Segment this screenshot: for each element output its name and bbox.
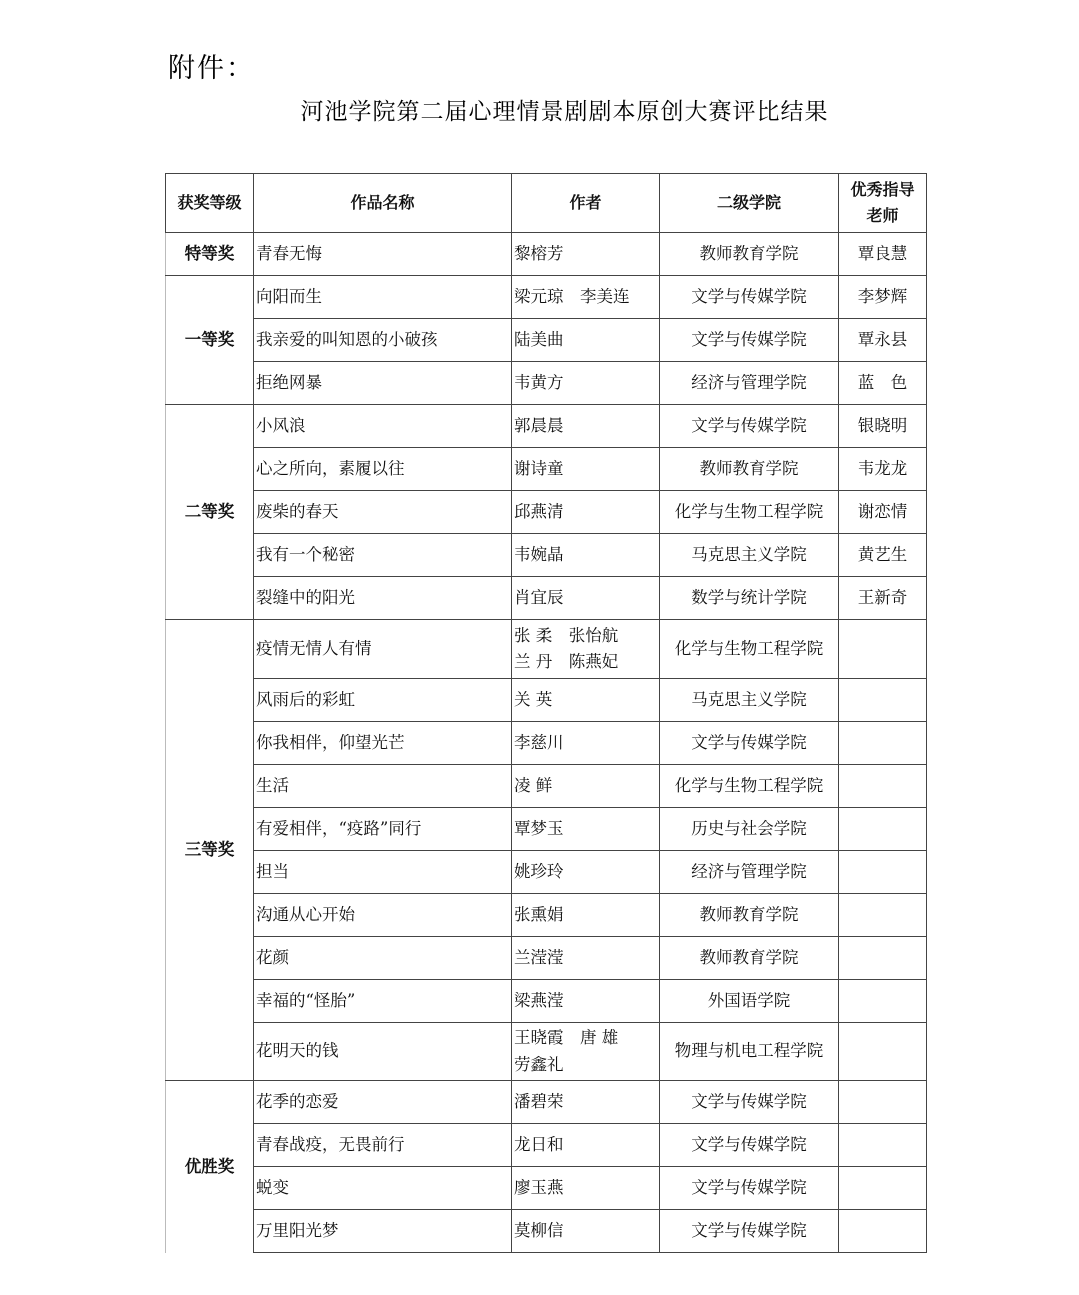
work-author: 张 柔 张怡航 兰 丹 陈燕妃 <box>512 620 660 679</box>
table-row: 蜕变廖玉燕文学与传媒学院 <box>166 1167 927 1210</box>
work-college: 化学与生物工程学院 <box>660 620 839 679</box>
work-title: 幸福的“怪胎” <box>254 980 512 1023</box>
work-title: 蜕变 <box>254 1167 512 1210</box>
table-row: 废柴的春天邱燕清化学与生物工程学院谢恋情 <box>166 491 927 534</box>
work-college: 教师教育学院 <box>660 233 839 276</box>
work-title: 花颜 <box>254 937 512 980</box>
table-row: 特等奖青春无悔黎榕芳教师教育学院覃良慧 <box>166 233 927 276</box>
header-level: 获奖等级 <box>166 174 254 233</box>
work-title: 小风浪 <box>254 405 512 448</box>
attachment-label: 附件： <box>168 46 255 85</box>
work-title: 青春无悔 <box>254 233 512 276</box>
work-college: 文学与传媒学院 <box>660 1210 839 1253</box>
work-advisor <box>839 679 927 722</box>
header-advisor: 优秀指导老师 <box>839 174 927 233</box>
work-college: 文学与传媒学院 <box>660 319 839 362</box>
work-college: 马克思主义学院 <box>660 534 839 577</box>
work-author: 廖玉燕 <box>512 1167 660 1210</box>
header-author: 作者 <box>512 174 660 233</box>
work-advisor: 银晓明 <box>839 405 927 448</box>
table-row: 青春战疫，无畏前行龙日和文学与传媒学院 <box>166 1124 927 1167</box>
table-row: 有爱相伴，“疫路”同行覃梦玉历史与社会学院 <box>166 808 927 851</box>
award-level: 二等奖 <box>166 405 254 620</box>
work-advisor: 王新奇 <box>839 577 927 620</box>
work-college: 文学与传媒学院 <box>660 1167 839 1210</box>
work-title: 我有一个秘密 <box>254 534 512 577</box>
table-row: 我亲爱的叫知恩的小破孩陆美曲文学与传媒学院覃永县 <box>166 319 927 362</box>
table-row: 心之所向，素履以往谢诗童教师教育学院韦龙龙 <box>166 448 927 491</box>
table-row: 花颜兰滢滢教师教育学院 <box>166 937 927 980</box>
award-level: 优胜奖 <box>166 1081 254 1253</box>
header-college: 二级学院 <box>660 174 839 233</box>
work-author: 李慈川 <box>512 722 660 765</box>
work-advisor <box>839 765 927 808</box>
work-author: 谢诗童 <box>512 448 660 491</box>
work-author: 梁元琼 李美连 <box>512 276 660 319</box>
work-college: 数学与统计学院 <box>660 577 839 620</box>
table-row: 我有一个秘密韦婉晶马克思主义学院黄艺生 <box>166 534 927 577</box>
work-author: 关 英 <box>512 679 660 722</box>
work-advisor: 覃良慧 <box>839 233 927 276</box>
work-advisor <box>839 808 927 851</box>
award-level: 一等奖 <box>166 276 254 405</box>
work-author: 莫柳信 <box>512 1210 660 1253</box>
table-row: 拒绝网暴韦黄方经济与管理学院蓝 色 <box>166 362 927 405</box>
work-advisor: 黄艺生 <box>839 534 927 577</box>
work-author: 肖宜辰 <box>512 577 660 620</box>
work-advisor <box>839 894 927 937</box>
work-title: 我亲爱的叫知恩的小破孩 <box>254 319 512 362</box>
work-advisor: 李梦辉 <box>839 276 927 319</box>
work-advisor <box>839 851 927 894</box>
work-author: 覃梦玉 <box>512 808 660 851</box>
work-advisor: 谢恋情 <box>839 491 927 534</box>
table-row: 三等奖疫情无情人有情张 柔 张怡航 兰 丹 陈燕妃化学与生物工程学院 <box>166 620 927 679</box>
work-title: 向阳而生 <box>254 276 512 319</box>
work-title: 花明天的钱 <box>254 1023 512 1081</box>
work-title: 沟通从心开始 <box>254 894 512 937</box>
work-college: 教师教育学院 <box>660 894 839 937</box>
work-college: 化学与生物工程学院 <box>660 765 839 808</box>
work-title: 裂缝中的阳光 <box>254 577 512 620</box>
table-row: 担当姚珍玲经济与管理学院 <box>166 851 927 894</box>
work-author: 张熏娟 <box>512 894 660 937</box>
work-author: 龙日和 <box>512 1124 660 1167</box>
work-college: 物理与机电工程学院 <box>660 1023 839 1081</box>
table-row: 一等奖向阳而生梁元琼 李美连文学与传媒学院李梦辉 <box>166 276 927 319</box>
work-college: 文学与传媒学院 <box>660 276 839 319</box>
award-level: 三等奖 <box>166 620 254 1081</box>
work-college: 文学与传媒学院 <box>660 722 839 765</box>
header-title: 作品名称 <box>254 174 512 233</box>
work-college: 马克思主义学院 <box>660 679 839 722</box>
work-title: 担当 <box>254 851 512 894</box>
table-row: 你我相伴，仰望光芒李慈川文学与传媒学院 <box>166 722 927 765</box>
table-header-row: 获奖等级 作品名称 作者 二级学院 优秀指导老师 <box>166 174 927 233</box>
work-title: 废柴的春天 <box>254 491 512 534</box>
results-table: 获奖等级 作品名称 作者 二级学院 优秀指导老师 特等奖青春无悔黎榕芳教师教育学… <box>165 173 927 1253</box>
work-college: 教师教育学院 <box>660 937 839 980</box>
work-author: 邱燕清 <box>512 491 660 534</box>
work-advisor <box>839 980 927 1023</box>
table-row: 风雨后的彩虹关 英马克思主义学院 <box>166 679 927 722</box>
table-row: 生活凌 鲜化学与生物工程学院 <box>166 765 927 808</box>
work-author: 兰滢滢 <box>512 937 660 980</box>
work-author: 黎榕芳 <box>512 233 660 276</box>
work-title: 花季的恋爱 <box>254 1081 512 1124</box>
table-row: 万里阳光梦莫柳信文学与传媒学院 <box>166 1210 927 1253</box>
table-row: 花明天的钱王晓霞 唐 雄 劳鑫礼物理与机电工程学院 <box>166 1023 927 1081</box>
table-row: 优胜奖花季的恋爱潘碧荣文学与传媒学院 <box>166 1081 927 1124</box>
work-title: 拒绝网暴 <box>254 362 512 405</box>
work-title: 生活 <box>254 765 512 808</box>
document-title: 河池学院第二届心理情景剧剧本原创大赛评比结果 <box>0 93 1079 126</box>
work-author: 梁燕滢 <box>512 980 660 1023</box>
work-author: 陆美曲 <box>512 319 660 362</box>
work-title: 万里阳光梦 <box>254 1210 512 1253</box>
work-college: 经济与管理学院 <box>660 851 839 894</box>
work-college: 外国语学院 <box>660 980 839 1023</box>
work-advisor <box>839 1210 927 1253</box>
table-row: 二等奖小风浪郭晨晨文学与传媒学院银晓明 <box>166 405 927 448</box>
work-college: 教师教育学院 <box>660 448 839 491</box>
results-body: 特等奖青春无悔黎榕芳教师教育学院覃良慧一等奖向阳而生梁元琼 李美连文学与传媒学院… <box>166 233 927 1253</box>
work-advisor: 蓝 色 <box>839 362 927 405</box>
work-college: 经济与管理学院 <box>660 362 839 405</box>
work-college: 文学与传媒学院 <box>660 405 839 448</box>
work-title: 风雨后的彩虹 <box>254 679 512 722</box>
work-author: 郭晨晨 <box>512 405 660 448</box>
table-row: 幸福的“怪胎”梁燕滢外国语学院 <box>166 980 927 1023</box>
table-row: 沟通从心开始张熏娟教师教育学院 <box>166 894 927 937</box>
work-title: 青春战疫，无畏前行 <box>254 1124 512 1167</box>
work-author: 韦黄方 <box>512 362 660 405</box>
work-advisor <box>839 1023 927 1081</box>
work-advisor <box>839 1167 927 1210</box>
work-author: 凌 鲜 <box>512 765 660 808</box>
work-advisor: 韦龙龙 <box>839 448 927 491</box>
work-college: 历史与社会学院 <box>660 808 839 851</box>
work-college: 文学与传媒学院 <box>660 1081 839 1124</box>
table-row: 裂缝中的阳光肖宜辰数学与统计学院王新奇 <box>166 577 927 620</box>
work-title: 有爱相伴，“疫路”同行 <box>254 808 512 851</box>
work-author: 潘碧荣 <box>512 1081 660 1124</box>
work-title: 心之所向，素履以往 <box>254 448 512 491</box>
work-advisor <box>839 1124 927 1167</box>
work-advisor <box>839 1081 927 1124</box>
work-advisor <box>839 620 927 679</box>
work-advisor <box>839 937 927 980</box>
work-title: 疫情无情人有情 <box>254 620 512 679</box>
work-author: 姚珍玲 <box>512 851 660 894</box>
work-title: 你我相伴，仰望光芒 <box>254 722 512 765</box>
work-advisor <box>839 722 927 765</box>
work-college: 文学与传媒学院 <box>660 1124 839 1167</box>
work-author: 王晓霞 唐 雄 劳鑫礼 <box>512 1023 660 1081</box>
work-author: 韦婉晶 <box>512 534 660 577</box>
work-advisor: 覃永县 <box>839 319 927 362</box>
work-college: 化学与生物工程学院 <box>660 491 839 534</box>
award-level: 特等奖 <box>166 233 254 276</box>
